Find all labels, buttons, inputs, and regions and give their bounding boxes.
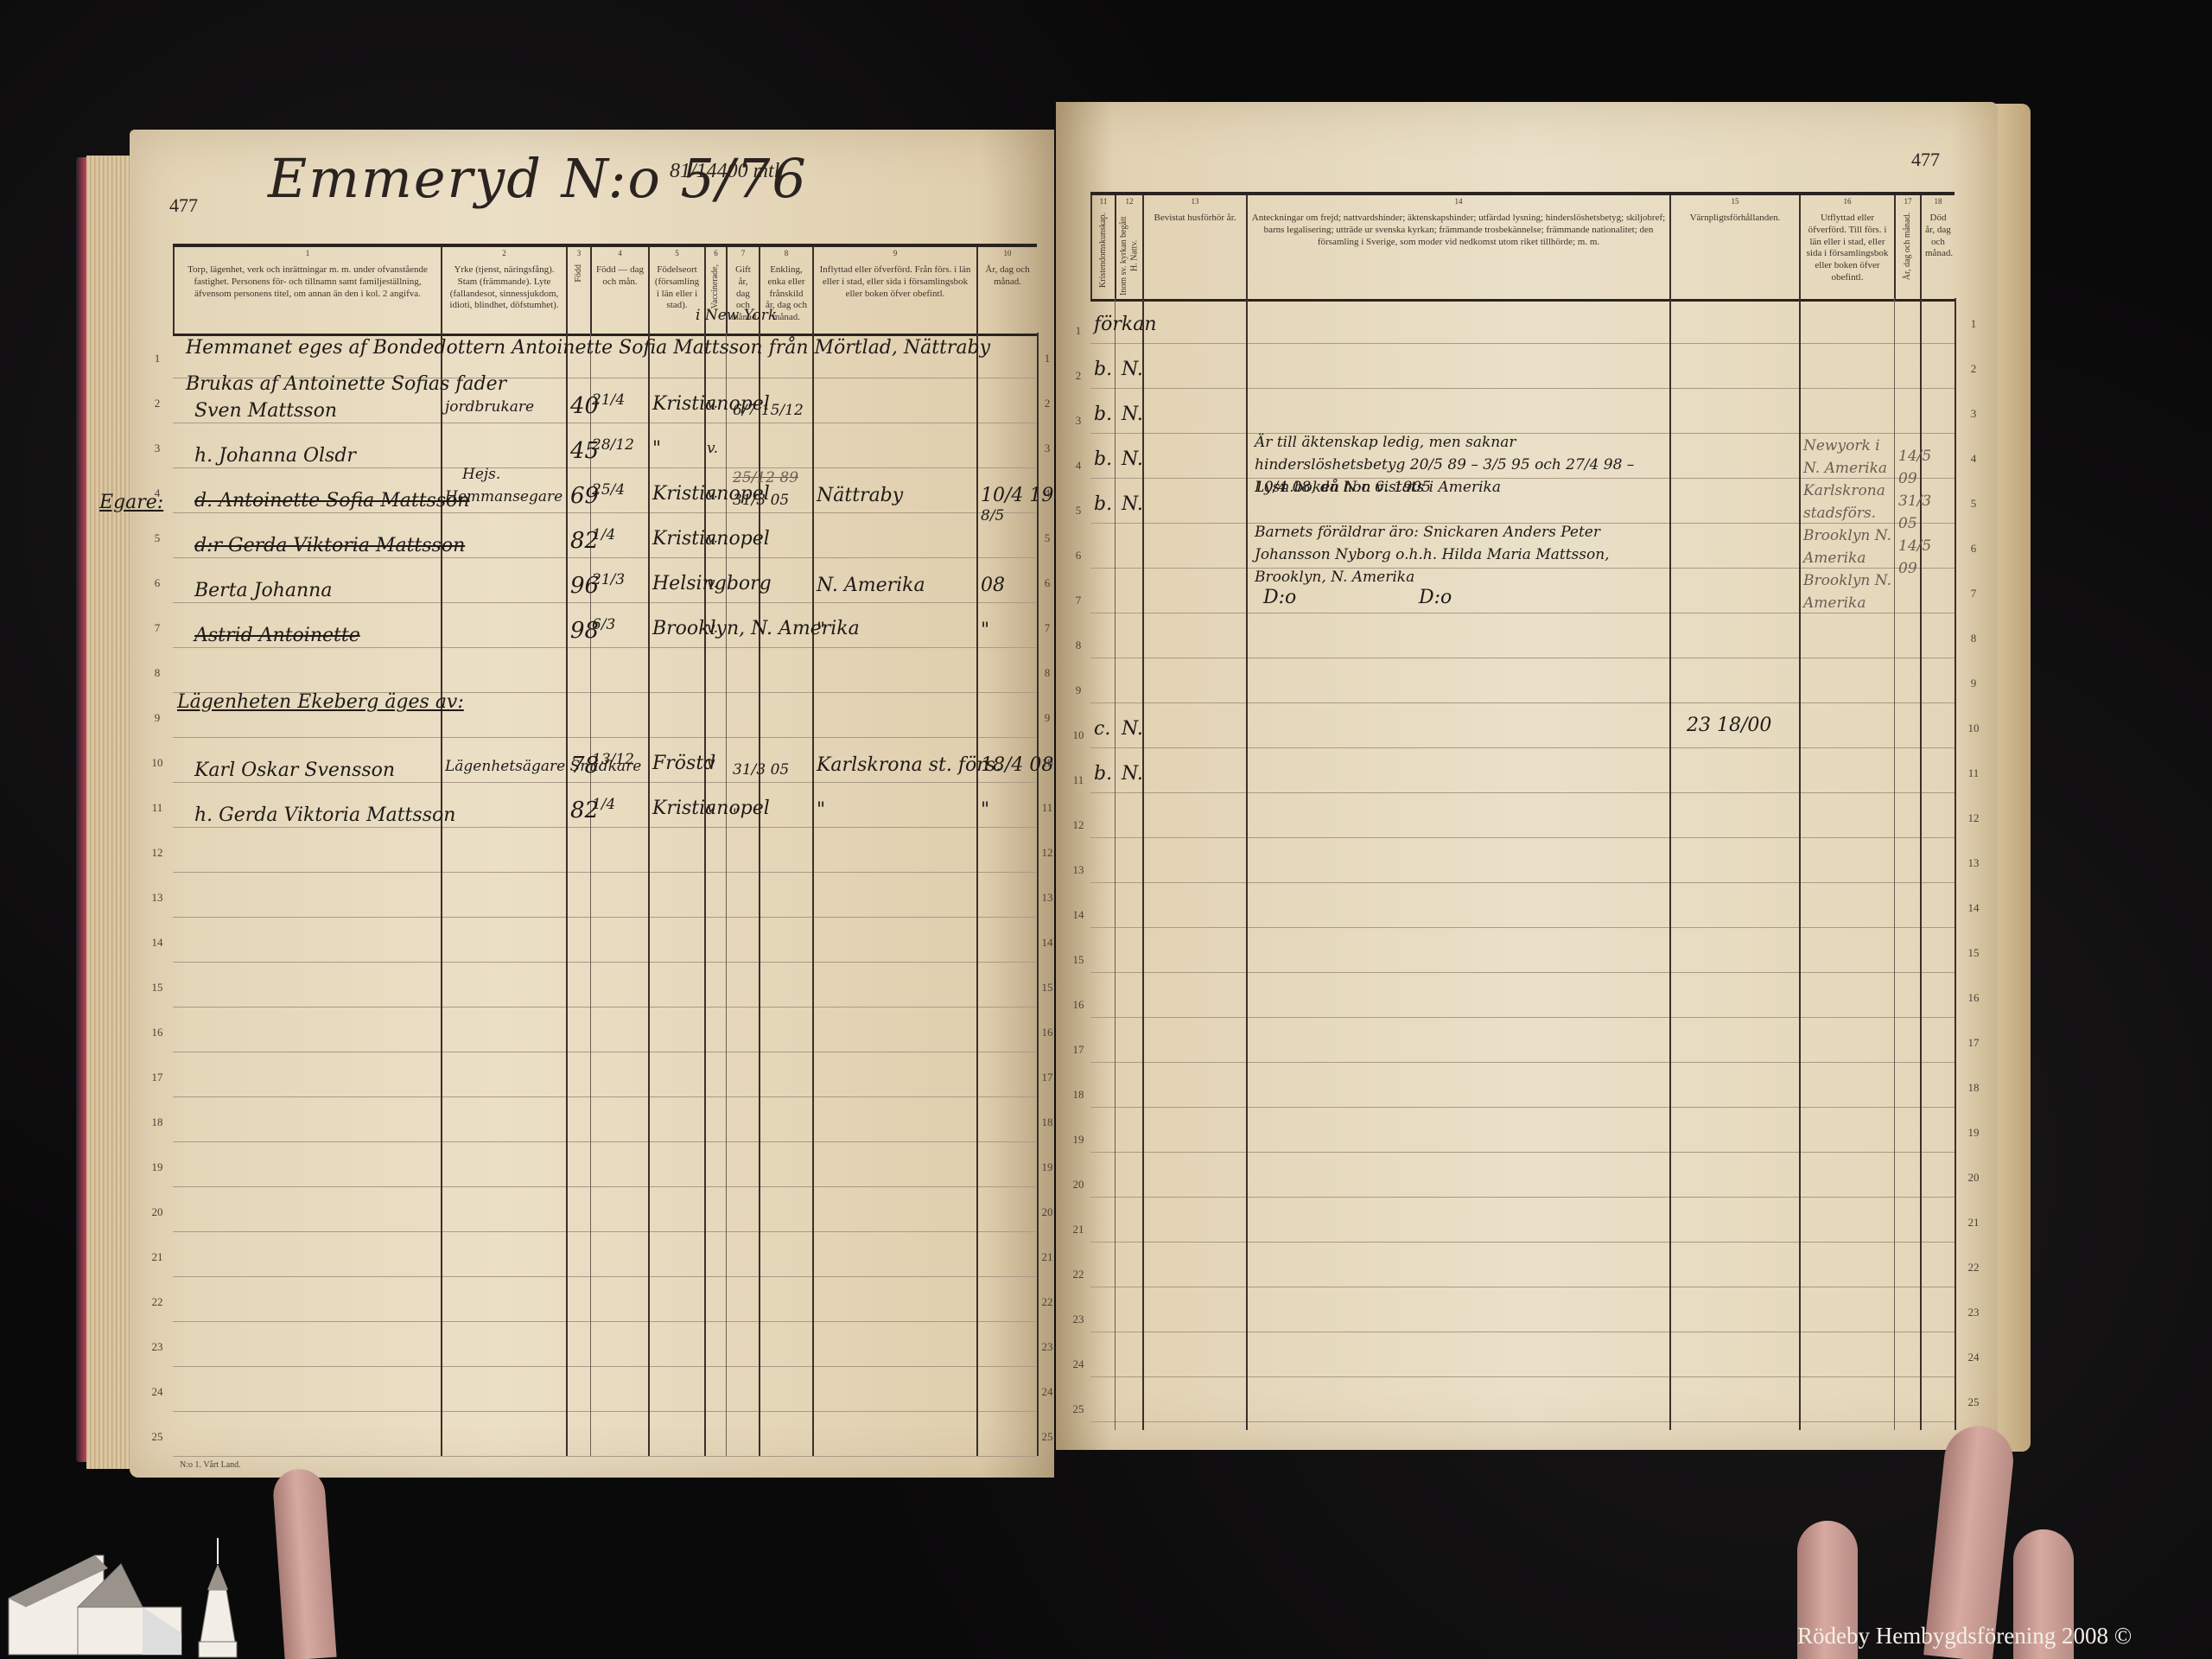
row-number: 17 [1963,1036,1984,1050]
column-header-4: 4Född — dag och mån. [590,247,648,334]
row-number: 20 [1037,1205,1058,1219]
row-number: 15 [1963,946,1984,960]
row-number: 8 [147,666,168,680]
vaccinated: v. [707,485,718,502]
column-number: 5 [650,249,704,258]
kristendom-grade: b. [1094,359,1112,380]
row-line [173,1456,1037,1457]
row-line [173,1231,1037,1232]
row-line [1090,1421,1955,1422]
row-number: 9 [1037,711,1058,725]
column-header-11: 11Kristendomskunskap. [1090,195,1115,299]
row-number: 10 [147,756,168,770]
column-number: 3 [568,249,590,258]
column-label: Yrke (tjenst, näringsfång). Stam (främma… [442,264,566,312]
row-number: 21 [1037,1250,1058,1264]
vaccinated: v. [707,395,718,412]
row-number: 14 [147,936,168,950]
row-number: 12 [147,846,168,860]
row-number: 2 [1068,369,1089,383]
column-number: 12 [1116,197,1142,207]
row-number: 18 [1963,1081,1984,1095]
row-number: 22 [1963,1261,1984,1274]
row-number: 5 [1037,531,1058,545]
column-label: År, dag och månad. [978,264,1037,289]
communion-mark: N. [1122,404,1143,425]
row-number: 17 [1068,1043,1089,1057]
row-line [1090,747,1955,748]
row-number: 20 [1068,1178,1089,1192]
occupation: jordbrukare [445,398,534,416]
row-number: 25 [147,1430,168,1444]
moved-out-date: 14/5 09 [1898,445,1933,490]
row-line [1090,702,1955,703]
row-number: 3 [1963,407,1984,421]
moved-out-date: 31/3 05 [1898,490,1933,535]
owner-prefix: Egare: [99,492,163,513]
row-line [1090,658,1955,658]
column-number: 13 [1144,197,1246,207]
row-line [173,467,1037,468]
column-header-15: 15Värnpligtsförhållanden. [1669,195,1799,299]
row-number: 22 [1037,1295,1058,1309]
kristendom-grade: c. [1094,718,1110,740]
moved-out-date: 14/5 09 [1898,535,1933,580]
row-line [173,1366,1037,1367]
birth-daymonth: 21/4 [592,391,625,409]
note-above: i New York [696,307,777,324]
column-number: 17 [1896,197,1920,207]
row-number: 16 [147,1026,168,1039]
row-number: 11 [1068,773,1089,787]
column-label: Torp, lägenhet, verk och inrättningar m.… [175,264,441,300]
row-number: 1 [1963,317,1984,331]
row-number: 10 [1068,728,1089,742]
column-rule [1669,298,1671,1430]
ditto-mark: D:o [1419,587,1452,608]
row-number: 19 [1963,1126,1984,1140]
column-header-13: 13Bevistat husförhör år. [1142,195,1246,299]
row-line [1090,927,1955,928]
row-line [173,1186,1037,1187]
row-number: 19 [147,1160,168,1174]
occupation: Hemmansegare [445,488,563,505]
birth-daymonth: 13/12 [592,751,634,768]
row-number: 8 [1037,666,1058,680]
row-number: 25 [1037,1430,1058,1444]
moved-in-date: " [981,620,989,641]
moved-in-date: 18/4 08 [981,754,1053,776]
row-number: 23 [147,1340,168,1354]
moved-to: Newyork i N. Amerika [1803,435,1898,480]
column-number: 16 [1801,197,1894,207]
communion-mark: N. [1122,359,1143,380]
register-note: Lysn.boken N:o 6. 1905 [1255,476,1661,499]
person-name: h. Gerda Viktoria Mattsson [194,804,455,826]
row-line [173,1007,1037,1007]
row-line [173,423,1037,423]
row-number: 14 [1037,936,1058,950]
row-number: 23 [1037,1340,1058,1354]
military-status: 23 18/00 [1687,715,1771,736]
row-number: 19 [1068,1133,1089,1147]
row-number: 16 [1963,991,1984,1005]
row-line [1090,1062,1955,1063]
row-number: 8 [1963,632,1984,645]
row-line [173,962,1037,963]
birth-daymonth: 25/4 [592,481,625,499]
row-number: 21 [147,1250,168,1264]
row-number: 21 [1068,1223,1089,1236]
row-number: 11 [147,801,168,815]
row-line [173,647,1037,648]
row-line [1090,1242,1955,1243]
imprint: N:o 1. Vårt Land. [180,1460,241,1470]
ditto-mark: D:o [1263,587,1296,608]
kristendom-grade: b. [1094,404,1112,425]
row-number: 9 [147,711,168,725]
row-number: 16 [1037,1026,1058,1039]
column-header-10: 10År, dag och månad. [976,247,1037,334]
row-number: 13 [1068,863,1089,877]
marriage-date-struck: 25/12 89 [733,469,798,486]
row-line [1090,1017,1955,1018]
row-number: 22 [1068,1268,1089,1281]
moved-from: " [817,620,825,641]
row-number: 12 [1068,818,1089,832]
moved-in-date: 08 [981,575,1005,596]
column-label: Född [574,264,585,283]
row-number: 23 [1068,1313,1089,1326]
row-number: 18 [1068,1088,1089,1102]
church-logo-icon [0,1538,259,1659]
vaccinated: v. [707,575,718,592]
moved-from: N. Amerika [817,575,925,596]
person-name: d. Antoinette Sofia Mattsson [194,490,470,512]
moved-from: Nättraby [817,485,903,506]
row-line [173,917,1037,918]
row-number: 13 [1963,856,1984,870]
row-number: 18 [147,1116,168,1129]
row-line [1090,882,1955,883]
row-number: 8 [1068,639,1089,652]
marriage-date: 31/3 05 [733,492,789,509]
row-number: 24 [1963,1351,1984,1364]
row-line [1090,1107,1955,1108]
column-number: 6 [706,249,726,258]
row-number: 10 [1963,721,1984,735]
row-number: 7 [1963,587,1984,601]
row-line [173,1276,1037,1277]
row-number: 17 [147,1071,168,1084]
row-number: 6 [1963,542,1984,556]
vaccinated: v. [707,620,718,637]
column-rule [566,333,568,1456]
person-name: h. Johanna Olsdr [194,445,356,467]
row-line [1090,1332,1955,1332]
column-label: Vaccinerade, [710,264,721,308]
copyright-text: Rödeby Hembygdsförening 2008 © [1797,1623,2132,1649]
row-number: 21 [1963,1216,1984,1230]
column-label: Född — dag och mån. [592,264,648,289]
birth-daymonth: 6/3 [592,616,615,633]
birth-daymonth: 1/4 [592,796,615,813]
row-number: 2 [1037,397,1058,410]
row-number: 12 [1963,811,1984,825]
row-number: 3 [1068,414,1089,428]
column-rule [1955,298,1956,1430]
column-header-2: 2Yrke (tjenst, näringsfång). Stam (främm… [441,247,566,334]
row-number: 25 [1963,1395,1984,1409]
column-label: Död år, dag och månad. [1922,213,1955,260]
column-number: 4 [592,249,648,258]
person-name: Karl Oskar Svensson [194,760,395,781]
row-line [173,557,1037,558]
row-number: 20 [1963,1171,1984,1185]
occupant-line: Brukas af Antoinette Sofias fader [186,373,506,395]
column-label: Värnpligtsförhållanden. [1671,213,1799,225]
row-number: 6 [1037,576,1058,590]
row-number: 3 [1037,442,1058,455]
birthplace: " [652,438,661,460]
page-number-left: 477 [169,194,198,217]
row-line [1090,388,1955,389]
marriage-date: " [733,806,740,823]
column-number: 9 [814,249,976,258]
row-number: 4 [1068,459,1089,473]
moved-in-date-note: 8/5 [981,507,1004,524]
column-label: Utflyttad eller öfverförd. Till förs. i … [1801,213,1894,284]
column-header-16: 16Utflyttad eller öfverförd. Till förs. … [1799,195,1894,299]
row-number: 14 [1068,908,1089,922]
row-line [1090,1376,1955,1377]
column-number: 7 [728,249,759,258]
row-line [173,602,1037,603]
row-number: 13 [1037,891,1058,905]
row-number: 7 [1068,594,1089,607]
moved-from: " [817,799,825,821]
row-number: 3 [147,442,168,455]
column-number: 8 [760,249,812,258]
row-number: 12 [1037,846,1058,860]
moved-to: Brooklyn N. Amerika [1803,569,1898,614]
birth-daymonth: 28/12 [592,436,634,454]
kristendom-grade: b. [1094,763,1112,785]
holder-line: Hemmanet eges af Bondedottern Antoinette… [186,337,1050,359]
row-number: 2 [147,397,168,410]
moved-from: Karlskrona st. förs. [817,754,1001,776]
row-line [173,1141,1037,1142]
row-number: 6 [1068,549,1089,563]
vaccinated: v [707,754,715,772]
row-number: 16 [1068,998,1089,1012]
column-label: Födelseort (församling i län eller i sta… [650,264,704,312]
row-number: 20 [147,1205,168,1219]
row-number: 14 [1963,901,1984,915]
section2-header: Lägenheten Ekeberg äges av: [177,691,464,713]
column-number: 1 [175,249,441,258]
column-rule [976,333,978,1456]
row-number: 5 [1963,497,1984,511]
row-number: 11 [1963,766,1984,780]
communion-mark: N. [1122,763,1143,785]
page-heading-note: 81/14400 mtl [670,160,779,183]
column-header-9: 9Inflyttad eller öfverförd. Från förs. i… [812,247,976,334]
birth-daymonth: 21/3 [592,571,625,588]
moved-in-date: " [981,799,989,821]
row-number: 23 [1963,1306,1984,1319]
row-number: 15 [1068,953,1089,967]
column-header-12: 12Inom sv. kyrkan begått H. Nattv. [1115,195,1142,299]
column-rule [1246,298,1248,1430]
row-number: 2 [1963,362,1984,376]
row-line [1090,1152,1955,1153]
row-number: 25 [1068,1402,1089,1416]
row-number: 17 [1037,1071,1058,1084]
person-name: Sven Mattsson [194,400,337,422]
vaccinated: v [707,799,715,817]
column-header-3: 3Född [566,247,590,334]
column-rule [648,333,650,1456]
row-line [1090,343,1955,344]
communion-mark: N. [1122,448,1143,470]
column-rule [1115,298,1116,1430]
register-note: Barnets föräldrar äro: Snickaren Anders … [1255,521,1661,588]
row-line [173,737,1037,738]
column-number: 2 [442,249,566,258]
column-header-14: 14Anteckningar om frejd; nattvardshinder… [1246,195,1669,299]
kristendom-grade: förkan [1094,314,1157,335]
row-line [173,512,1037,513]
column-label: Inom sv. kyrkan begått H. Nattv. [1119,213,1141,299]
row-number: 6 [147,576,168,590]
row-line [173,872,1037,873]
row-number: 19 [1037,1160,1058,1174]
birth-daymonth: 1/4 [592,526,615,543]
row-number: 15 [1037,981,1058,995]
row-line [173,1321,1037,1322]
column-rule [1799,298,1801,1430]
column-label: Kristendomskunskap. [1098,213,1109,288]
row-line [173,827,1037,828]
right-column-headers: 11Kristendomskunskap.12Inom sv. kyrkan b… [1090,192,1955,302]
row-number: 1 [147,352,168,365]
column-header-1: 1Torp, lägenhet, verk och inrättningar m… [173,247,441,334]
row-number: 7 [147,621,168,635]
column-label: Bevistat husförhör år. [1144,213,1246,225]
person-name: Astrid Antoinette [194,625,360,646]
row-number: 18 [1037,1116,1058,1129]
row-number: 4 [1963,452,1984,466]
row-line [1090,837,1955,838]
row-number: 1 [1068,324,1089,338]
column-number: 18 [1922,197,1955,207]
person-name: d:r Gerda Viktoria Mattsson [194,535,465,556]
row-line [173,782,1037,783]
row-number: 22 [147,1295,168,1309]
communion-mark: N. [1122,718,1143,740]
row-number: 9 [1963,677,1984,690]
row-number: 24 [1068,1357,1089,1371]
row-number: 13 [147,891,168,905]
row-number: 24 [147,1385,168,1399]
kristendom-grade: b. [1094,493,1112,515]
column-header-17: 17År, dag och månad. [1894,195,1920,299]
page-number-right: 477 [1911,149,1940,171]
column-number: 10 [978,249,1037,258]
row-line [173,1052,1037,1052]
row-line [173,1411,1037,1412]
row-number: 9 [1068,683,1089,697]
column-number: 15 [1671,197,1799,207]
column-label: År, dag och månad. [1903,213,1914,280]
occupation-note: Hejs. [462,466,500,483]
row-number: 11 [1037,801,1058,815]
marriage-date: 31/3 05 [733,761,789,779]
birthplace: Brooklyn, N. Amerika [652,618,860,639]
kristendom-grade: b. [1094,448,1112,470]
vaccinated: v. [707,440,718,457]
person-name: Berta Johanna [194,580,332,601]
row-line [1090,1287,1955,1287]
column-number: 11 [1092,197,1115,207]
column-header-18: 18Död år, dag och månad. [1920,195,1955,299]
row-number: 15 [147,981,168,995]
row-line [1090,792,1955,793]
row-number: 5 [1068,504,1089,518]
row-number: 5 [147,531,168,545]
row-line [1090,972,1955,973]
moved-to: Brooklyn N. Amerika [1803,524,1898,569]
communion-mark: N. [1122,493,1143,515]
column-rule [812,333,814,1456]
marriage-date: 6/7 15/12 [733,402,804,419]
vaccinated: v. [707,530,718,547]
column-label: Inflyttad eller öfverförd. Från förs. i … [814,264,976,300]
column-number: 14 [1248,197,1669,207]
column-label: Anteckningar om frejd; nattvardshinder; … [1248,213,1669,248]
row-line [1090,1197,1955,1198]
row-number: 7 [1037,621,1058,635]
row-number: 24 [1037,1385,1058,1399]
left-column-headers: 1Torp, lägenhet, verk och inrättningar m… [173,244,1037,336]
moved-to: Karlskrona stadsförs. [1803,480,1898,524]
row-line [173,1096,1037,1097]
